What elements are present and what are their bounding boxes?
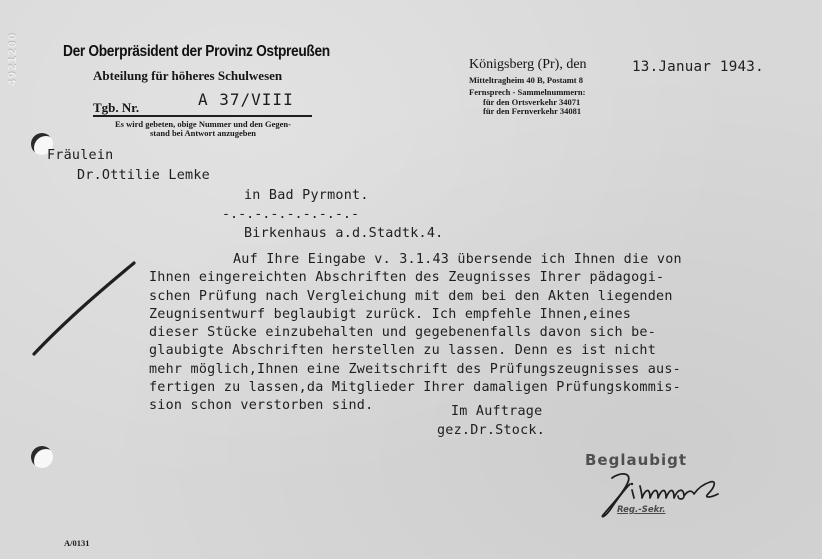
recipient-separator: -.-.-.-.-.-.-.-.- — [222, 207, 359, 222]
letterhead-department: Abteilung für höheres Schulwesen — [93, 68, 282, 84]
body-line: dieser Stücke einzubehalten und gegebene… — [149, 324, 682, 342]
punch-hole-bottom — [31, 446, 53, 468]
letterhead-address: Mitteltragheim 40 B, Postamt 8 — [469, 75, 583, 85]
body-line: Auf Ihre Eingabe v. 3.1.43 übersende ich… — [149, 251, 682, 269]
letterhead-authority: Der Oberpräsident der Provinz Ostpreußen — [63, 43, 330, 61]
reference-note: Es wird gebeten, obige Nummer und den Ge… — [93, 120, 313, 138]
recipient-name: Dr.Ottilie Lemke — [77, 168, 210, 183]
letterhead-phone-block: Fernsprech - Sammelnummern: für den Orts… — [469, 88, 585, 117]
closing-signed-by: gez.Dr.Stock. — [437, 423, 545, 438]
form-code: A/0131 — [64, 538, 90, 548]
letterhead-city-line: Königsberg (Pr), den — [469, 57, 587, 73]
body-line: Ihnen eingereichten Abschriften des Zeug… — [149, 269, 682, 287]
edge-serial-stamp: 4921200 — [6, 6, 22, 86]
reference-number-value: A 37/VIII — [198, 90, 294, 109]
certified-stamp: Beglaubigt — [585, 451, 687, 469]
letter-date: 13.Januar 1943. — [632, 59, 764, 75]
margin-pen-stroke — [30, 258, 140, 358]
phone-long-distance: für den Fernverkehr 34081 — [469, 107, 585, 117]
body-line: Zeugnisentwurf beglaubigt zurück. Ich em… — [149, 306, 682, 324]
reference-divider — [93, 115, 312, 117]
recipient-salutation: Fräulein — [47, 148, 114, 163]
letter-body: Auf Ihre Eingabe v. 3.1.43 übersende ich… — [149, 251, 682, 416]
closing-on-behalf: Im Auftrage — [451, 404, 542, 419]
body-line: schen Prüfung nach Vergleichung mit dem … — [149, 288, 682, 306]
official-title-stamp: Reg.-Sekr. — [617, 505, 665, 515]
body-line: sion schon verstorben sind. — [149, 397, 682, 415]
body-line: glaubigte Abschriften herstellen zu lass… — [149, 342, 682, 360]
body-line: fertigen zu lassen,da Mitglieder Ihrer d… — [149, 379, 682, 397]
letter-page: 4921200 Der Oberpräsident der Provinz Os… — [0, 0, 822, 559]
reference-number-label: Tgb. Nr. — [93, 100, 139, 116]
reference-note-line: stand bei Antwort anzugeben — [93, 129, 313, 138]
recipient-street: Birkenhaus a.d.Stadtk.4. — [244, 226, 443, 241]
body-line: mehr möglich,Ihnen eine Zweitschrift des… — [149, 361, 682, 379]
recipient-city: in Bad Pyrmont. — [244, 188, 369, 203]
